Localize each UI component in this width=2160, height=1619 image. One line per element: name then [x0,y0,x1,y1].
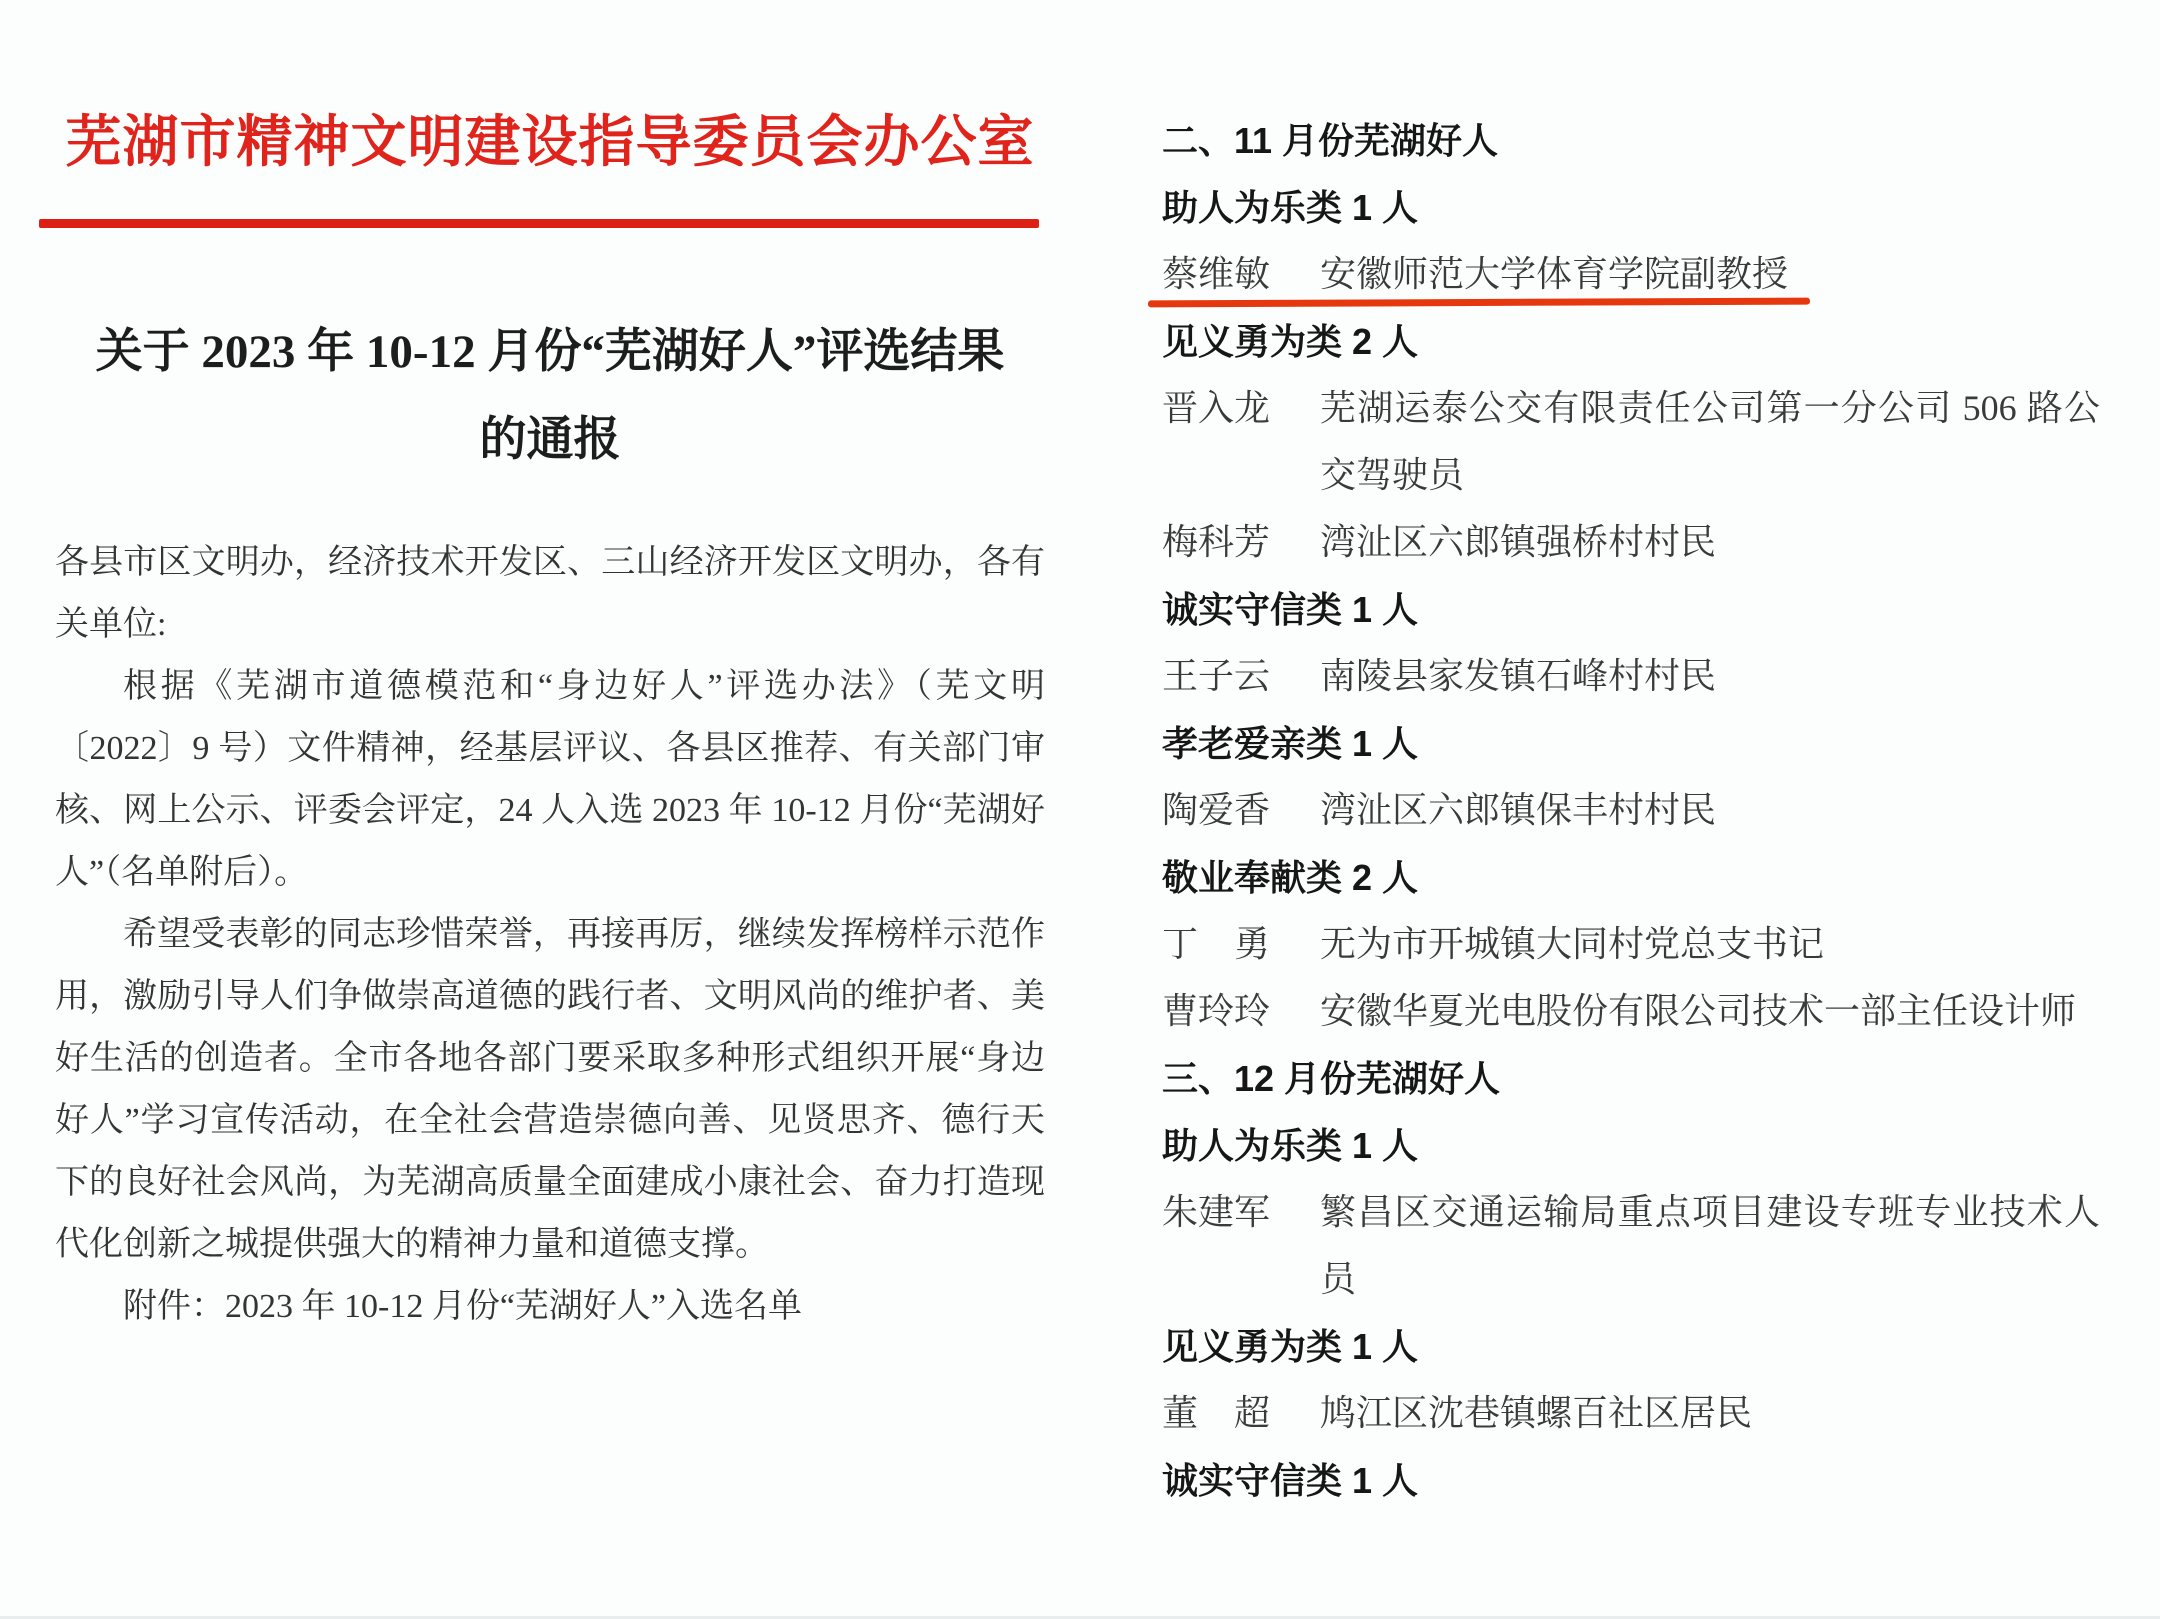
roster-entry-wangziyun: 王子云 南陵县家发镇石峰村村民 [1162,643,2100,710]
salutation: 各县市区文明办，经济技术开发区、三山经济开发区文明办，各有关单位: [55,532,1045,656]
category-heading-honest-dec: 诚实守信类 1 人 [1162,1447,2100,1514]
entry-name: 王子云 [1162,643,1320,710]
category-heading-brave-dec: 见义勇为类 1 人 [1162,1313,2100,1380]
roster-page: 二、11 月份芜湖好人 助人为乐类 1 人 蔡维敏 安徽师范大学体育学院副教授 … [1162,107,2100,1514]
paragraph-basis: 根据《芜湖市道德模范和“身边好人”评选办法》（芜文明〔2022〕9 号）文件精神… [55,656,1045,904]
roster-entry-caiweimin: 蔡维敏 安徽师范大学体育学院副教授 [1162,241,2100,308]
entry-affiliation: 芜湖运泰公交有限责任公司第一分公司 506 路公交驾驶员 [1320,375,2100,509]
roster-entry-jinrulong: 晋入龙 芜湖运泰公交有限责任公司第一分公司 506 路公交驾驶员 [1162,375,2100,509]
letterhead: 芜湖市精神文明建设指导委员会办公室 [55,105,1045,181]
category-heading-dedicated-nov: 敬业奉献类 2 人 [1162,844,2100,911]
notice-page: 芜湖市精神文明建设指导委员会办公室 关于 2023 年 10-12 月份“芜湖好… [55,105,1045,1338]
document-title: 关于 2023 年 10-12 月份“芜湖好人”评选结果 的通报 [55,308,1045,484]
entry-name: 梅科芳 [1162,509,1320,576]
entry-name: 丁 勇 [1162,911,1320,978]
entry-affiliation: 湾沚区六郎镇保丰村村民 [1320,777,2100,844]
entry-name: 蔡维敏 [1162,241,1320,308]
title-line-1: 关于 2023 年 10-12 月份“芜湖好人”评选结果 [55,308,1045,396]
category-heading-filial-nov: 孝老爱亲类 1 人 [1162,710,2100,777]
roster-entry-caolingling: 曹玲玲 安徽华夏光电股份有限公司技术一部主任设计师 [1162,978,2100,1045]
category-heading-brave-nov: 见义勇为类 2 人 [1162,308,2100,375]
entry-affiliation: 安徽华夏光电股份有限公司技术一部主任设计师 [1320,978,2100,1045]
entry-affiliation: 繁昌区交通运输局重点项目建设专班专业技术人员 [1320,1179,2100,1313]
paragraph-hope: 希望受表彰的同志珍惜荣誉，再接再厉，继续发挥榜样示范作用，激励引导人们争做崇高道… [55,904,1045,1276]
section-heading-december: 三、12 月份芜湖好人 [1162,1045,2100,1112]
section-heading-november: 二、11 月份芜湖好人 [1162,107,2100,174]
entry-name: 陶爱香 [1162,777,1320,844]
entry-name: 晋入龙 [1162,375,1320,442]
entry-affiliation: 鸠江区沈巷镇螺百社区居民 [1320,1380,2100,1447]
entry-name: 朱建军 [1162,1179,1320,1246]
roster-entry-zhujianjun: 朱建军 繁昌区交通运输局重点项目建设专班专业技术人员 [1162,1179,2100,1313]
entry-affiliation: 南陵县家发镇石峰村村民 [1320,643,2100,710]
roster-entry-taoaixiang: 陶爱香 湾沚区六郎镇保丰村村民 [1162,777,2100,844]
entry-affiliation: 无为市开城镇大同村党总支书记 [1320,911,2100,978]
notice-body: 各县市区文明办，经济技术开发区、三山经济开发区文明办，各有关单位: 根据《芜湖市… [55,532,1045,1338]
category-heading-helpful-dec: 助人为乐类 1 人 [1162,1112,2100,1179]
entry-name: 董 超 [1162,1380,1320,1447]
entry-name: 曹玲玲 [1162,978,1320,1045]
title-line-2: 的通报 [55,396,1045,484]
roster-entry-meikefang: 梅科芳 湾沚区六郎镇强桥村村民 [1162,509,2100,576]
category-heading-honest-nov: 诚实守信类 1 人 [1162,576,2100,643]
letterhead-rule [39,219,1039,228]
roster-entry-dongchao: 董 超 鸠江区沈巷镇螺百社区居民 [1162,1380,2100,1447]
attachment-line: 附件：2023 年 10-12 月份“芜湖好人”入选名单 [55,1276,1045,1338]
entry-affiliation: 湾沚区六郎镇强桥村村民 [1320,509,2100,576]
roster-entry-dingyong: 丁 勇 无为市开城镇大同村党总支书记 [1162,911,2100,978]
document-page: 芜湖市精神文明建设指导委员会办公室 关于 2023 年 10-12 月份“芜湖好… [0,0,2160,1619]
category-heading-helpful-nov: 助人为乐类 1 人 [1162,174,2100,241]
